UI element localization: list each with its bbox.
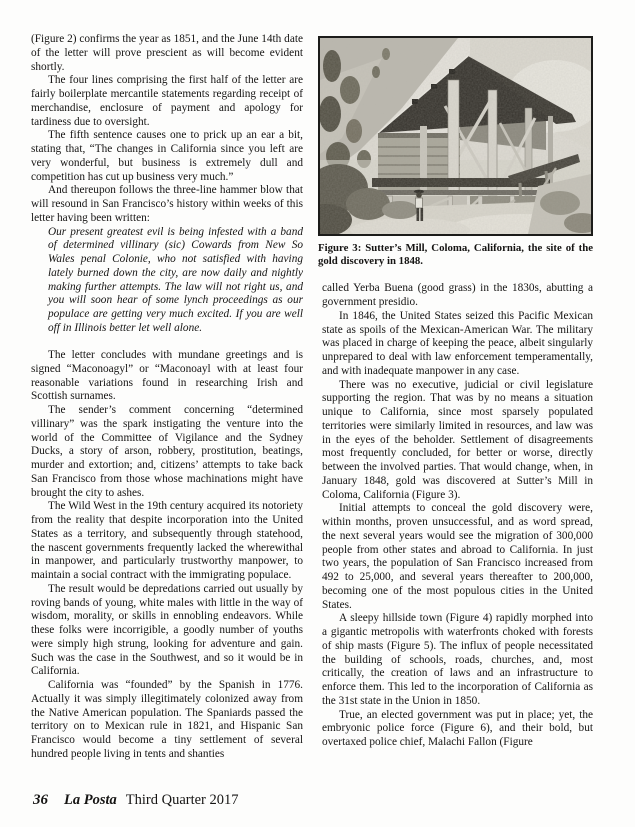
article-paragraph: The fifth sentence causes one to prick u… (31, 129, 303, 184)
journal-title: La Posta (64, 792, 117, 809)
letter-quote: Our present greatest evil is being infes… (48, 226, 303, 336)
article-paragraph: California was “founded” by the Spanish … (31, 679, 303, 762)
page-footer: 36 La Posta Third Quarter 2017 (33, 792, 239, 809)
article-paragraph: And thereupon follows the three-line ham… (31, 184, 303, 225)
figure-3: Figure 3: Sutter’s Mill, Coloma, Califor… (322, 36, 593, 268)
issue-label: Third Quarter 2017 (126, 792, 239, 809)
article-paragraph: True, an elected government was put in p… (322, 709, 593, 750)
article-paragraph: called Yerba Buena (good grass) in the 1… (322, 282, 593, 310)
article-paragraph: There was no executive, judicial or civi… (322, 379, 593, 503)
article-paragraph: The letter concludes with mundane greeti… (31, 349, 303, 404)
article-paragraph: The result would be depredations carried… (31, 583, 303, 679)
article-paragraph: The Wild West in the 19th century acquir… (31, 500, 303, 583)
article-paragraph: The sender’s comment concerning “determi… (31, 404, 303, 500)
article-paragraph: A sleepy hillside town (Figure 4) rapidl… (322, 612, 593, 708)
sutters-mill-photo (318, 36, 593, 236)
article-paragraph: The four lines comprising the first half… (31, 74, 303, 129)
right-column: Figure 3: Sutter’s Mill, Coloma, Califor… (322, 33, 593, 750)
sutters-mill-photo-illustration (320, 38, 591, 234)
left-column: (Figure 2) confirms the year as 1851, an… (31, 33, 303, 762)
article-paragraph: (Figure 2) confirms the year as 1851, an… (31, 33, 303, 74)
article-paragraph: Initial attempts to conceal the gold dis… (322, 502, 593, 612)
magazine-page: (Figure 2) confirms the year as 1851, an… (0, 0, 635, 827)
page-number: 36 (33, 792, 48, 809)
figure-3-caption: Figure 3: Sutter’s Mill, Coloma, Califor… (318, 242, 593, 268)
article-paragraph: In 1846, the United States seized this P… (322, 310, 593, 379)
